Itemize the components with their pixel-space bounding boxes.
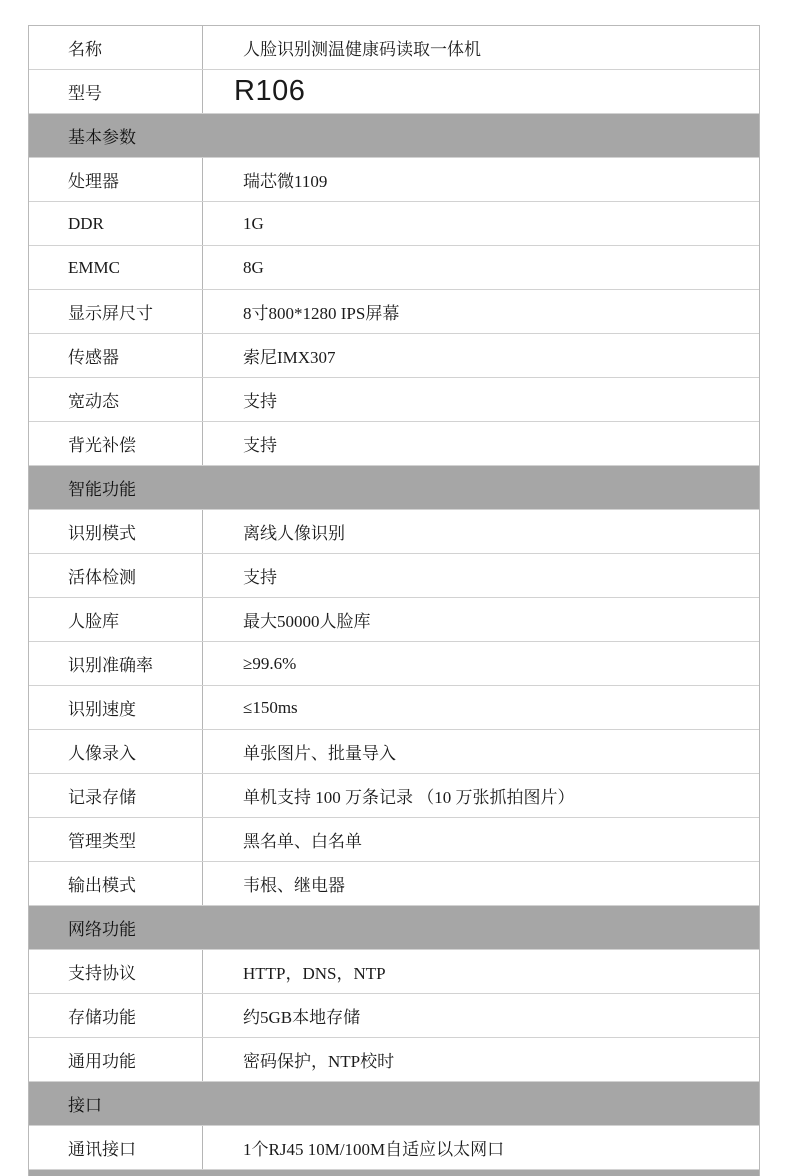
section-header-row: 智能功能 xyxy=(29,466,759,510)
spec-row: EMMC8G xyxy=(29,246,759,290)
spec-row: 人像录入单张图片、批量导入 xyxy=(29,730,759,774)
spec-value: 离线人像识别 xyxy=(203,510,759,553)
spec-value: 索尼IMX307 xyxy=(203,334,759,377)
section-header-row-clipped xyxy=(29,1170,759,1176)
spec-value: 8寸800*1280 IPS屏幕 xyxy=(203,290,759,333)
spec-value-model: R106 xyxy=(203,70,759,113)
spec-row: 背光补偿支持 xyxy=(29,422,759,466)
spec-label: 人像录入 xyxy=(29,730,203,773)
spec-value: 密码保护，NTP校时 xyxy=(203,1038,759,1081)
section-header-row: 网络功能 xyxy=(29,906,759,950)
spec-row: 通用功能密码保护，NTP校时 xyxy=(29,1038,759,1082)
spec-value: 单张图片、批量导入 xyxy=(203,730,759,773)
spec-label: 通用功能 xyxy=(29,1038,203,1081)
spec-label: 背光补偿 xyxy=(29,422,203,465)
spec-value: 最大50000人脸库 xyxy=(203,598,759,641)
spec-label: 识别速度 xyxy=(29,686,203,729)
spec-row: 型号R106 xyxy=(29,70,759,114)
spec-row: 识别准确率≥99.6% xyxy=(29,642,759,686)
spec-value: 韦根、继电器 xyxy=(203,862,759,905)
spec-label: 支持协议 xyxy=(29,950,203,993)
spec-value: HTTP，DNS，NTP xyxy=(203,950,759,993)
spec-value: ≥99.6% xyxy=(203,642,759,685)
spec-label: 名称 xyxy=(29,26,203,69)
spec-row: 传感器索尼IMX307 xyxy=(29,334,759,378)
spec-label: 传感器 xyxy=(29,334,203,377)
spec-row: 管理类型黑名单、白名单 xyxy=(29,818,759,862)
spec-value: 8G xyxy=(203,246,759,289)
spec-label: 处理器 xyxy=(29,158,203,201)
spec-value: 支持 xyxy=(203,422,759,465)
spec-row: 宽动态支持 xyxy=(29,378,759,422)
spec-row: 通讯接口1个RJ45 10M/100M自适应以太网口 xyxy=(29,1126,759,1170)
spec-row: DDR1G xyxy=(29,202,759,246)
spec-label: 识别准确率 xyxy=(29,642,203,685)
spec-row: 识别模式离线人像识别 xyxy=(29,510,759,554)
spec-row: 输出模式韦根、继电器 xyxy=(29,862,759,906)
spec-label: 识别模式 xyxy=(29,510,203,553)
spec-value: 1个RJ45 10M/100M自适应以太网口 xyxy=(203,1126,759,1169)
spec-row: 记录存储单机支持 100 万条记录 （10 万张抓拍图片） xyxy=(29,774,759,818)
spec-row: 识别速度≤150ms xyxy=(29,686,759,730)
section-header-row: 接口 xyxy=(29,1082,759,1126)
spec-label: 通讯接口 xyxy=(29,1126,203,1169)
spec-value: 1G xyxy=(203,202,759,245)
spec-label: DDR xyxy=(29,202,203,245)
spec-value: ≤150ms xyxy=(203,686,759,729)
spec-value: 支持 xyxy=(203,554,759,597)
spec-row: 人脸库最大50000人脸库 xyxy=(29,598,759,642)
spec-label: 显示屏尺寸 xyxy=(29,290,203,333)
section-header-row: 基本参数 xyxy=(29,114,759,158)
spec-value: 约5GB本地存储 xyxy=(203,994,759,1037)
spec-row: 处理器瑞芯微1109 xyxy=(29,158,759,202)
spec-label: 宽动态 xyxy=(29,378,203,421)
spec-table: 名称人脸识别测温健康码读取一体机型号R106基本参数处理器瑞芯微1109DDR1… xyxy=(28,25,760,1176)
spec-label: EMMC xyxy=(29,246,203,289)
spec-row: 存储功能约5GB本地存储 xyxy=(29,994,759,1038)
spec-value: 人脸识别测温健康码读取一体机 xyxy=(203,26,759,69)
spec-label: 存储功能 xyxy=(29,994,203,1037)
spec-value: 支持 xyxy=(203,378,759,421)
spec-label: 管理类型 xyxy=(29,818,203,861)
spec-label: 输出模式 xyxy=(29,862,203,905)
spec-label: 活体检测 xyxy=(29,554,203,597)
spec-row: 名称人脸识别测温健康码读取一体机 xyxy=(29,26,759,70)
spec-row: 显示屏尺寸8寸800*1280 IPS屏幕 xyxy=(29,290,759,334)
spec-value: 黑名单、白名单 xyxy=(203,818,759,861)
spec-row: 活体检测支持 xyxy=(29,554,759,598)
spec-label: 记录存储 xyxy=(29,774,203,817)
spec-value: 单机支持 100 万条记录 （10 万张抓拍图片） xyxy=(203,774,759,817)
spec-label: 人脸库 xyxy=(29,598,203,641)
page: { "colors": { "section_bg": "#a6a6a6", "… xyxy=(0,0,790,1176)
spec-row: 支持协议HTTP，DNS，NTP xyxy=(29,950,759,994)
spec-label: 型号 xyxy=(29,70,203,113)
spec-value: 瑞芯微1109 xyxy=(203,158,759,201)
